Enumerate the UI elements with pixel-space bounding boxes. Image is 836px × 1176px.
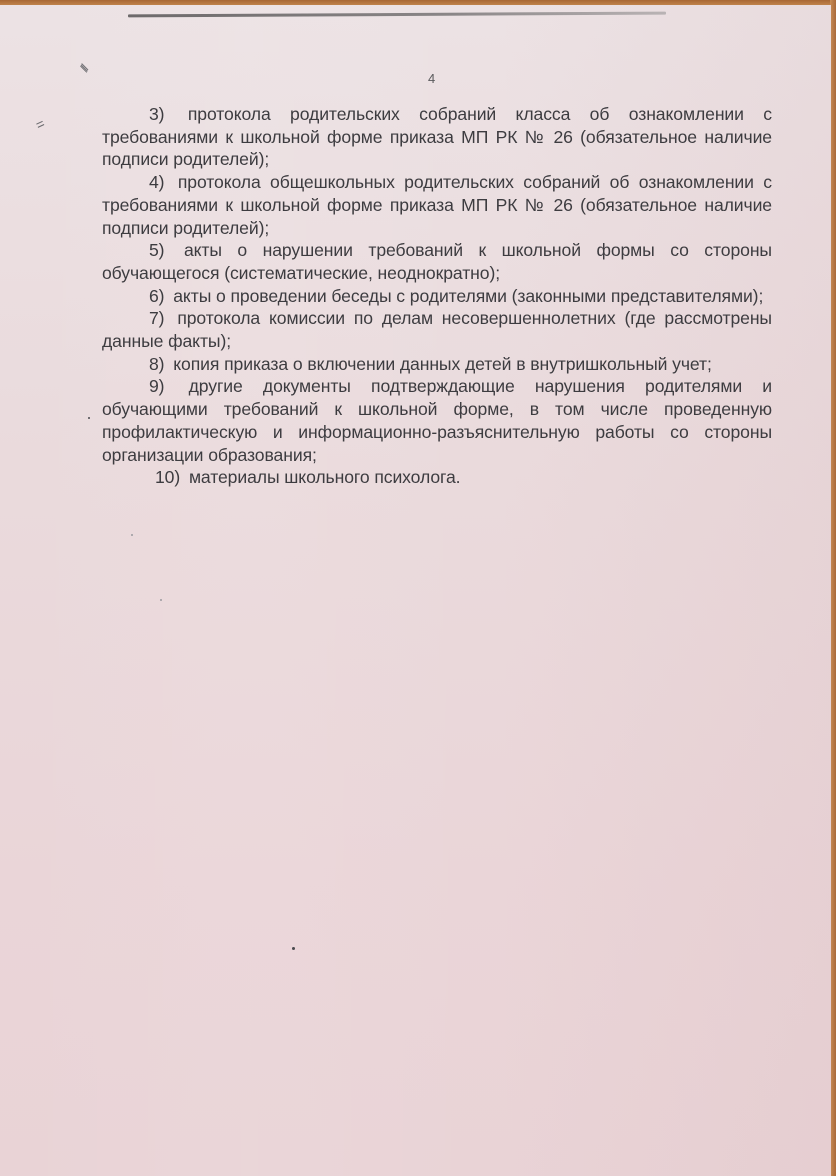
list-item-text: другие документы подтверждающие нарушени… <box>102 376 772 464</box>
document-page: 4 /// = 3) протокола родительских собран… <box>0 5 831 1176</box>
ink-speck <box>131 534 133 536</box>
list-item: 8) копия приказа о включении данных дете… <box>102 353 772 376</box>
list-item: 3) протокола родительских собраний класс… <box>102 103 772 171</box>
pen-mark: /// <box>78 64 90 73</box>
list-item-text: протокола общешкольных родительских собр… <box>102 172 772 237</box>
list-item-text: копия приказа о включении данных детей в… <box>173 354 712 374</box>
list-item-number: 5) <box>149 240 168 260</box>
list-item: 7) протокола комиссии по делам несоверше… <box>102 307 772 352</box>
list-item-text: акты о проведении беседы с родителями (з… <box>173 286 763 306</box>
pen-mark: = <box>33 116 46 132</box>
list-item-number: 7) <box>149 308 168 328</box>
list-item: 6) акты о проведении беседы с родителями… <box>102 285 772 308</box>
list-item-number: 6) <box>149 286 168 306</box>
list-item-text: акты о нарушении требований к школьной ф… <box>102 240 772 283</box>
list-item-number: 4) <box>149 172 168 192</box>
page-number: 4 <box>428 71 435 86</box>
list-item: 5) акты о нарушении требований к школьно… <box>102 239 772 284</box>
list-item: 10) материалы школьного психолога. <box>102 466 772 489</box>
list-item-text: протокола родительских собраний класса о… <box>102 104 772 169</box>
list-item-text: материалы школьного психолога. <box>189 467 460 487</box>
header-rule-line <box>128 12 666 18</box>
ink-speck <box>160 599 162 601</box>
list-item-number: 3) <box>149 104 168 124</box>
ink-speck <box>292 947 295 950</box>
list-item-number: 8) <box>149 354 168 374</box>
list-item-number: 10) <box>155 467 184 487</box>
list-item-text: протокола комиссии по делам несовершенно… <box>102 308 772 351</box>
list-item: 9) другие документы подтверждающие наруш… <box>102 375 772 466</box>
ink-speck <box>88 417 90 419</box>
list-item-number: 9) <box>149 376 168 396</box>
list-item: 4) протокола общешкольных родительских с… <box>102 171 772 239</box>
document-list: 3) протокола родительских собраний класс… <box>102 103 772 489</box>
